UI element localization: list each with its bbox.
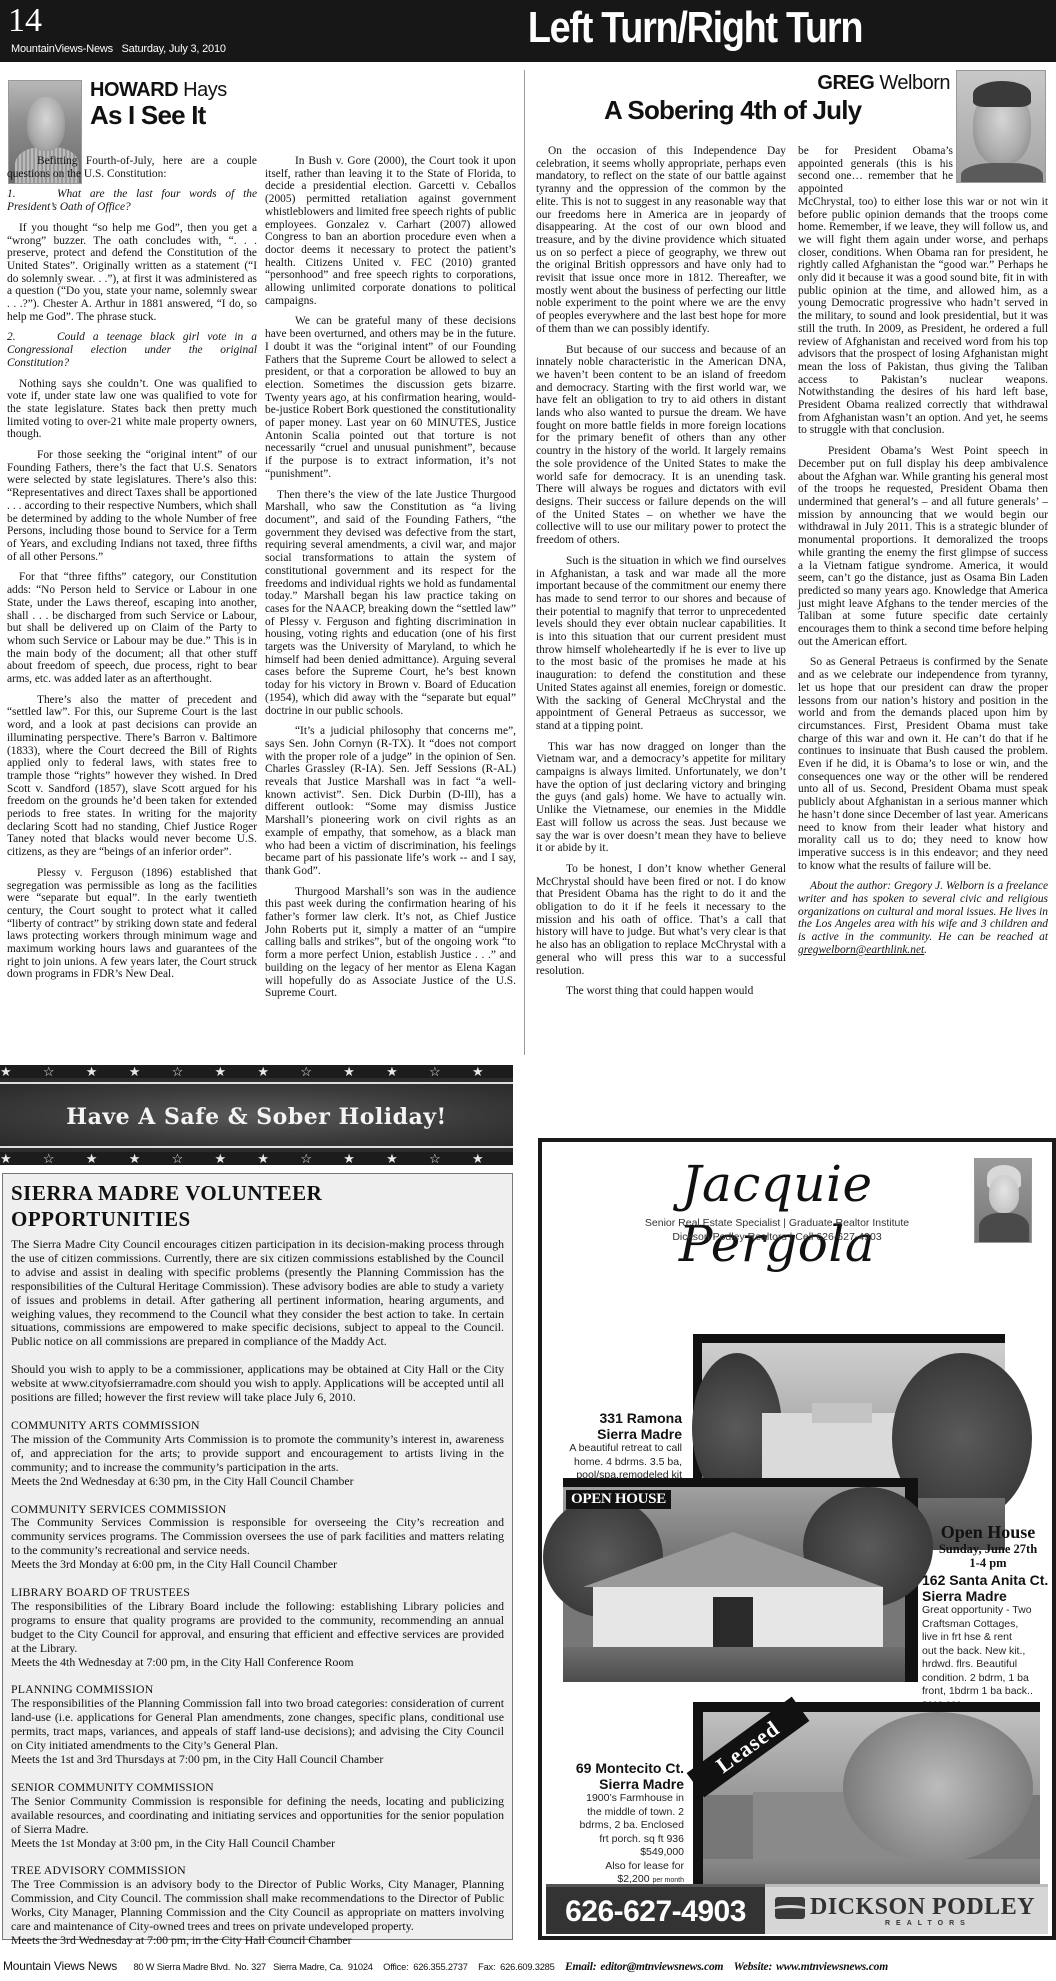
article-paragraph: Plessy v. Ferguson (1896) established th… (7, 867, 257, 981)
byline-greg-welborn: GREG Welborn (780, 72, 950, 95)
article-paragraph: 1.What are the last four words of the Pr… (7, 188, 257, 213)
agent-name: Jacquie Pergola (602, 1154, 952, 1274)
commission-senior-community: SENIOR COMMUNITY COMMISSION The Senior C… (11, 1781, 504, 1851)
listing-162-santa-anita: 162 Santa Anita Ct. Sierra Madre Great o… (922, 1572, 1050, 1712)
article-paragraph: “It’s a judicial philosophy that concern… (265, 725, 516, 877)
author-email-link[interactable]: gregwelborn@earthlink.net (798, 944, 924, 956)
article-paragraph: For that “three fifths” category, our Co… (7, 571, 257, 685)
footer-fax: Fax: 626.609.3285 (478, 1962, 555, 1972)
dateline: MountainViews-News Saturday, July 3, 201… (11, 43, 226, 55)
article-paragraph: But because of our success and because o… (536, 344, 786, 547)
section-title: Left Turn/Right Turn (506, 0, 884, 56)
byline-howard-hays: HOWARD Hays (90, 79, 227, 102)
masthead: 14 MountainViews-News Saturday, July 3, … (0, 0, 1056, 62)
footer-address: 80 W Sierra Madre Blvd. No. 327 Sierra M… (133, 1962, 372, 1972)
article-paragraph: There’s also the matter of precedent and… (7, 694, 257, 859)
holiday-banner-text: Have A Safe & Sober Holiday! (0, 1084, 513, 1150)
article-paragraph: We can be grateful many of these decisio… (265, 315, 516, 480)
listing-69-montecito: 69 Montecito Ct. Sierra Madre 1900’s Far… (552, 1760, 684, 1888)
headline-as-i-see-it: As I See It (90, 100, 205, 131)
volunteer-title: SIERRA MADRE VOLUNTEER OPPORTUNITIES (11, 1180, 504, 1232)
commission-community-arts: COMMUNITY ARTS COMMISSION The mission of… (11, 1419, 504, 1489)
column-divider (524, 70, 525, 1055)
question-number: 2. (7, 331, 57, 344)
stars-decoration-icon: ★ ☆ ★ ★ ☆ ★ ★ ☆ ★ ★ ☆ ★ ★ ☆ ★ ★ ☆ ★ ★ ☆ … (0, 1152, 513, 1165)
article-column-welborn-2: be for President Obama’s appointed gener… (798, 145, 1048, 965)
commission-community-services: COMMUNITY SERVICES COMMISSION The Commun… (11, 1503, 504, 1573)
article-paragraph: For those seeking the “original intent” … (7, 449, 257, 563)
article-paragraph: The worst thing that could happen would (536, 985, 786, 998)
agent-photo (974, 1158, 1032, 1243)
article-paragraph: In Bush v. Gore (2000), the Court took i… (265, 155, 516, 307)
footer-email-link[interactable]: editor@mtnviewsnews.com (600, 1961, 723, 1973)
volunteer-opportunities-box: SIERRA MADRE VOLUNTEER OPPORTUNITIES The… (2, 1173, 513, 1940)
volunteer-apply: Should you wish to apply to be a commiss… (11, 1363, 504, 1405)
page-footer: Mountain Views News 80 W Sierra Madre Bl… (0, 1955, 1056, 1977)
article-paragraph: This war has now dragged on longer than … (536, 741, 786, 855)
listing-photo-162-santa-anita: OPEN HOUSE (563, 1478, 918, 1682)
question-number: 1. (7, 188, 57, 201)
headline-sobering-4th-of-july: A Sobering 4th of July (604, 95, 861, 126)
article-paragraph: If you thought “so help me God”, then yo… (7, 222, 257, 324)
dickson-podley-logo: DICKSON PODLEY REALTORS (765, 1884, 1048, 1934)
footer-paper-name: Mountain Views News (3, 1959, 117, 1973)
open-house-details: Open House Sunday, June 27th 1-4 pm (924, 1522, 1052, 1570)
commission-library-board: LIBRARY BOARD OF TRUSTEES The responsibi… (11, 1586, 504, 1669)
article-paragraph: Nothing says she couldn’t. One was quali… (7, 378, 257, 442)
realtor-advertisement: Jacquie Pergola Senior Real Estate Speci… (538, 1138, 1056, 1940)
stars-decoration-icon: ★ ☆ ★ ★ ☆ ★ ★ ☆ ★ ★ ☆ ★ ★ ☆ ★ ★ ☆ ★ ★ ☆ … (0, 1065, 513, 1078)
commission-planning: PLANNING COMMISSION The responsibilities… (11, 1683, 504, 1766)
article-column-hays-1: Befitting Fourth-of-July, here are a cou… (7, 155, 257, 989)
wrapped-text-beside-photo: be for President Obama’s appointed gener… (798, 145, 953, 196)
article-paragraph: So as General Petraeus is confirmed by t… (798, 656, 1048, 872)
commission-tree-advisory: TREE ADVISORY COMMISSION The Tree Commis… (11, 1864, 504, 1947)
page-number: 14 (8, 2, 42, 40)
holiday-banner: ★ ☆ ★ ★ ☆ ★ ★ ☆ ★ ★ ☆ ★ ★ ☆ ★ ★ ☆ ★ ★ ☆ … (0, 1065, 513, 1165)
article-paragraph: To be honest, I don’t know whether Gener… (536, 863, 786, 977)
article-paragraph: Befitting Fourth-of-July, here are a cou… (7, 155, 257, 180)
article-paragraph: 2.Could a teenage black girl vote in a C… (7, 331, 257, 369)
footer-website-link[interactable]: www.mtnviewsnews.com (776, 1961, 888, 1973)
about-the-author: About the author: Gregory J. Welborn is … (798, 880, 1048, 956)
wave-logo-icon (775, 1897, 805, 1919)
article-paragraph: McChrystal, too) to either lose this war… (798, 196, 1048, 437)
article-column-welborn-1: On the occasion of this Independence Day… (536, 145, 786, 1006)
article-paragraph: Then there’s the view of the late Justic… (265, 489, 516, 718)
open-house-badge: OPEN HOUSE (566, 1490, 671, 1509)
article-column-hays-2: In Bush v. Gore (2000), the Court took i… (265, 155, 516, 1008)
article-paragraph: President Obama’s West Point speech in D… (798, 445, 1048, 648)
ad-phone-number: 626-627-4903 (546, 1884, 765, 1934)
footer-office-phone: Office: 626.355.2737 (383, 1962, 468, 1972)
listing-photo-69-montecito: Leased (693, 1702, 1040, 1896)
agent-credentials: Senior Real Estate Specialist | Graduate… (602, 1216, 952, 1244)
article-paragraph: Such is the situation in which we find o… (536, 555, 786, 733)
article-paragraph: On the occasion of this Independence Day… (536, 145, 786, 336)
volunteer-intro: The Sierra Madre City Council encourages… (11, 1238, 504, 1349)
article-paragraph: Thurgood Marshall’s son was in the audie… (265, 886, 516, 1000)
